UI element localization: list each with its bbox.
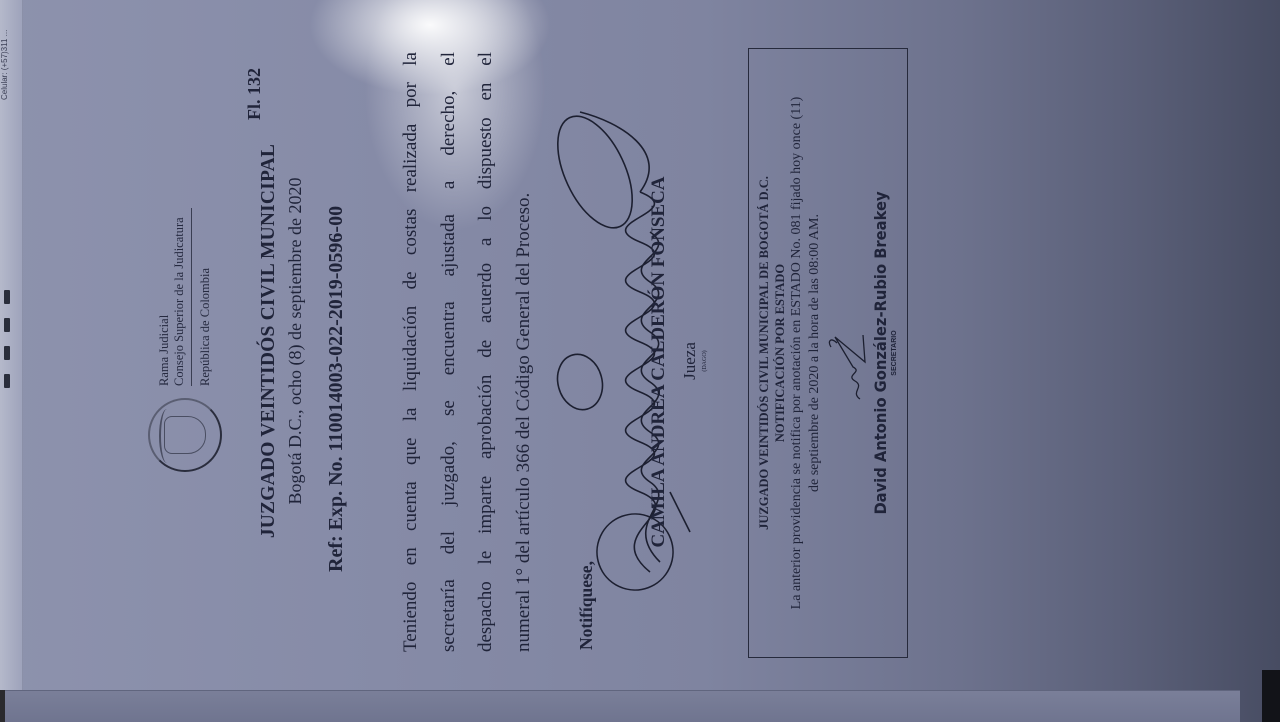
rotated-document-page: Rama Judicial Consejo Superior de la Jud…: [0, 0, 1280, 722]
crest-shape: [164, 416, 206, 454]
judge-role: Jueza: [680, 0, 700, 722]
letterhead-line-1: Rama Judicial: [157, 208, 172, 386]
letterhead: Rama Judicial Consejo Superior de la Jud…: [157, 208, 213, 386]
secretary-name: David Antonio González-Rubio Breakey: [871, 73, 890, 632]
court-title: JUZGADO VEINTIDÓS CIVIL MUNICIPAL: [258, 0, 280, 722]
case-reference: Ref: Exp. No. 110014003-022-2019-0596-00: [325, 206, 348, 572]
body-line: numeral 1° del artículo 366 del Código G…: [505, 52, 543, 652]
typist-initials: (DAGO): [702, 0, 708, 722]
date-line: Bogotá D.C., ocho (8) de septiembre de 2…: [285, 0, 306, 722]
colombia-coat-of-arms-icon: [148, 398, 222, 472]
body-line: Teniendo en cuenta que la liquidación de…: [392, 52, 430, 652]
notification-stamp-box: JUZGADO VEINTIDÓS CIVIL MUNICIPAL DE BOG…: [748, 48, 908, 658]
secretary-role: SECRETARIO: [891, 49, 898, 657]
secretary-signature-icon: [825, 327, 875, 407]
stamp-subtitle: NOTIFICACIÓN POR ESTADO: [773, 49, 788, 657]
body-line: despacho le imparte aprobación de acuerd…: [467, 52, 505, 652]
letterhead-line-3: República de Colombia: [198, 208, 213, 386]
body-paragraph: Teniendo en cuenta que la liquidación de…: [392, 52, 542, 652]
stamp-text-line-1: La anterior providencia se notifica por …: [789, 49, 805, 657]
letterhead-line-2: Consejo Superior de la Judicatura: [172, 208, 187, 386]
judge-name: CAMILA ANDREA CALDERÓN FONSECA: [648, 2, 670, 722]
body-line: secretaría del juzgado, se encuentra aju…: [430, 52, 468, 652]
stamp-text-line-2: de septiembre de 2020 a la hora de las 0…: [807, 49, 823, 657]
letterhead-divider: [191, 208, 192, 386]
stamp-title: JUZGADO VEINTIDÓS CIVIL MUNICIPAL DE BOG…: [757, 49, 772, 657]
